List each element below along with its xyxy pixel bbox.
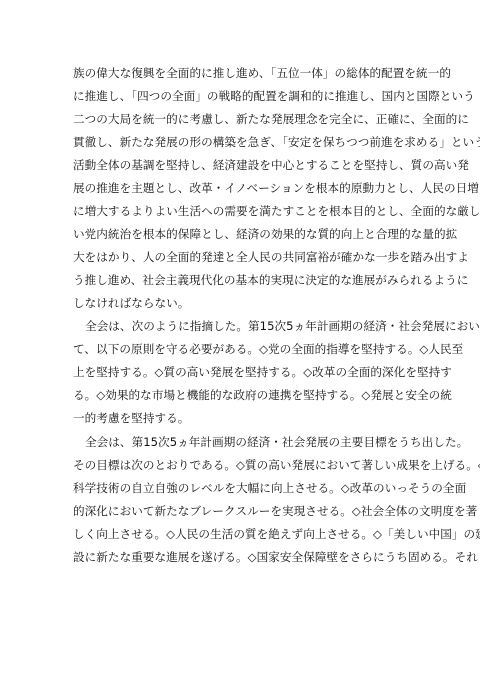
text-line: しく向上させる。◇人民の生活の質を絶えず向上させる。◇「美しい中国」の建 (73, 523, 405, 546)
text-line: て、以下の原則を守る必要がある。◇党の全面的指導を堅持する。◇人民至 (73, 338, 405, 361)
text-line: 科学技術の自立自強のレベルを大幅に向上させる。◇改革のいっそうの全面 (73, 477, 405, 500)
text-line: に推進し、「四つの全面」の戦略的配置を調和的に推進し、国内と国際という (73, 85, 405, 108)
text-line: う推し進め、社会主義現代化の基本的実現に決定的な進展がみられるように (73, 269, 405, 292)
paragraph-first-line: 全会は、次のように指摘した。第15次5ヵ年計画期の経済・社会発展におい (73, 315, 405, 338)
text-line: 展の推進を主題とし、改革・イノベーションを根本的原動力とし、人民の日増し (73, 177, 405, 200)
paragraph-first-line: 全会は、第15次5ヵ年計画期の経済・社会発展の主要目標をうち出した。 (73, 431, 405, 454)
text-line: 上を堅持する。◇質の高い発展を堅持する。◇改革の全面的深化を堅持す (73, 361, 405, 384)
text-line: い党内統治を根本的保障とし、経済の効果的な質的向上と合理的な量的拡 (73, 223, 405, 246)
text-line: しなければならない。 (73, 292, 405, 315)
text-line: る。◇効果的な市場と機能的な政府の連携を堅持する。◇発展と安全の統 (73, 384, 405, 407)
text-line: 的深化において新たなブレークスルーを実現させる。◇社会全体の文明度を著 (73, 500, 405, 523)
text-line: 設に新たな重要な進展を遂げる。◇国家安全保障壁をさらにうち固める。それ (73, 546, 405, 569)
text-line: その目標は次のとおりである。◇質の高い発展において著しい成果を上げる。◇ (73, 454, 405, 477)
text-line: に増大するよりよい生活への需要を満たすことを根本目的とし、全面的な厳し (73, 200, 405, 223)
body-text: 族の偉大な復興を全面的に推し進め、「五位一体」の総体的配置を統一的に推進し、「四… (73, 62, 405, 569)
text-line: 一的考慮を堅持する。 (73, 407, 405, 430)
text-line: 族の偉大な復興を全面的に推し進め、「五位一体」の総体的配置を統一的 (73, 62, 405, 85)
text-line: 二つの大局を統一的に考慮し、新たな発展理念を完全に、正確に、全面的に (73, 108, 405, 131)
text-line: 大をはかり、人の全面的発達と全人民の共同富裕が確かな一歩を踏み出すよ (73, 246, 405, 269)
document-page: 族の偉大な復興を全面的に推し進め、「五位一体」の総体的配置を統一的に推進し、「四… (0, 0, 480, 679)
text-line: 貫徹し、新たな発展の形の構築を急ぎ、「安定を保ちつつ前進を求める」という (73, 131, 405, 154)
text-line: 活動全体の基調を堅持し、経済建設を中心とすることを堅持し、質の高い発 (73, 154, 405, 177)
